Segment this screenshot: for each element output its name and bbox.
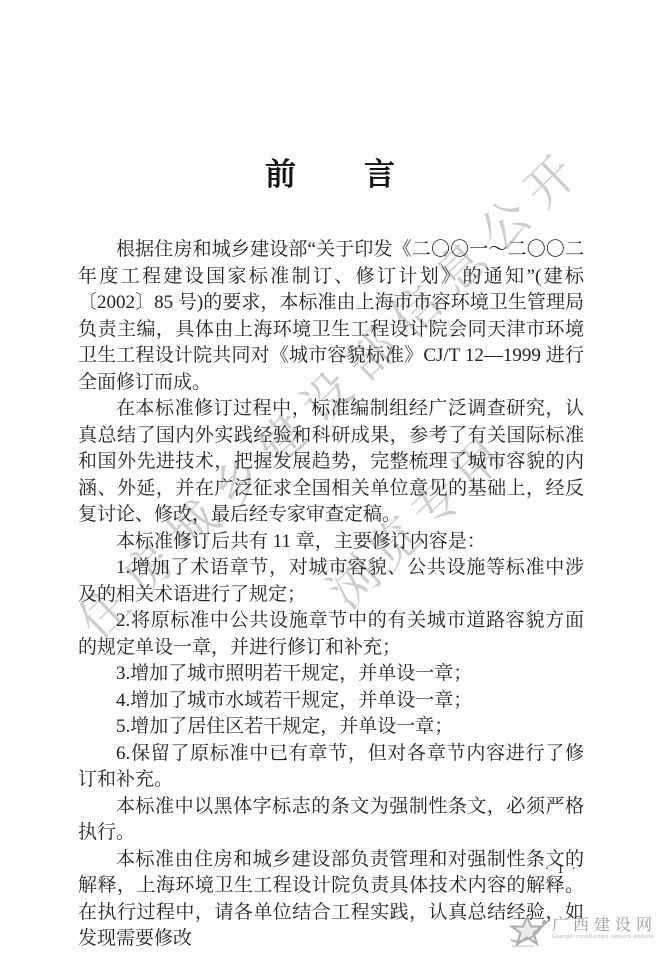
scanned-document-page: 住房城乡建设部信息公开 浏览专用 前 言 根据住房和城乡建设部“关于印发《二〇〇… <box>0 0 661 958</box>
paragraph: 1.增加了术语章节，对城市容貌、公共设施等标准中涉及的相关术语进行了规定； <box>78 555 584 608</box>
paragraph: 5.增加了居住区若干规定，并单设一章； <box>78 714 584 741</box>
foreword-paragraphs: 根据住房和城乡建设部“关于印发《二〇〇一～二〇〇二年度工程建设国家标准制订、修订… <box>78 237 584 953</box>
foreword-title: 前 言 <box>78 156 584 195</box>
logo-site-name: 广西建设网 <box>552 916 657 934</box>
paragraph: 本标准中以黑体字标志的条文为强制性条文，必须严格执行。 <box>78 794 584 847</box>
paragraph: 4.增加了城市水域若干规定，并单设一章； <box>78 688 584 715</box>
paragraph: 根据住房和城乡建设部“关于印发《二〇〇一～二〇〇二年度工程建设国家标准制订、修订… <box>78 237 584 396</box>
paragraph: 6.保留了原标准中已有章节，但对各章节内容进行了修订和补充。 <box>78 741 584 794</box>
site-logo: 广西建设网 Guangxi construction network websi… <box>508 916 657 953</box>
paragraph: 本标准修订后共有 11 章，主要修订内容是： <box>78 529 584 556</box>
star-swoosh-icon <box>508 916 548 953</box>
paragraph: 2.将原标准中公共设施章节中的有关城市道路容貌方面的规定单设一章，并进行修订和补… <box>78 608 584 661</box>
paragraph: 3.增加了城市照明若干规定，并单设一章； <box>78 661 584 688</box>
foreword-content: 前 言 根据住房和城乡建设部“关于印发《二〇〇一～二〇〇二年度工程建设国家标准制… <box>78 156 584 953</box>
page-number: · 1 · <box>78 862 578 878</box>
paragraph: 在本标准修订过程中，标准编制组经广泛调查研究，认真总结了国内外实践经验和科研成果… <box>78 396 584 529</box>
logo-tagline: Guangxi construction network website <box>552 934 657 941</box>
